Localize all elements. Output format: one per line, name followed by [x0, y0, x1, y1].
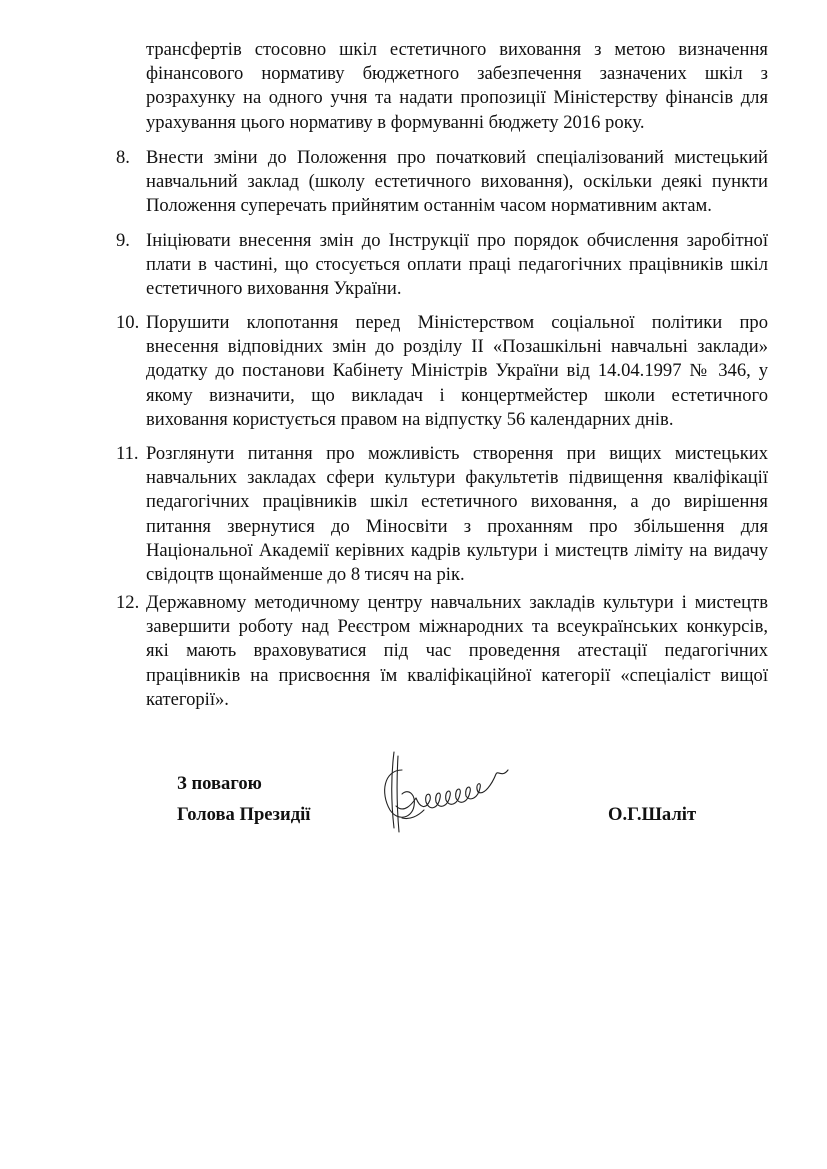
signer-position: Голова Президії: [177, 803, 310, 827]
item-number: 10.: [116, 311, 139, 335]
signer-name: О.Г.Шаліт: [608, 803, 696, 827]
item-text: Порушити клопотання перед Міністерством …: [146, 311, 768, 432]
item-text: Внести зміни до Положення про початковий…: [146, 146, 768, 219]
list-item-10: 10. Порушити клопотання перед Міністерст…: [116, 311, 768, 432]
list-item-9: 9. Ініціювати внесення змін до Інструкці…: [116, 229, 768, 302]
list-item-11: 11. Розглянути питання про можливість ст…: [116, 442, 768, 587]
item-number: 8.: [116, 146, 130, 170]
item-number: 12.: [116, 591, 139, 615]
item-text: Розглянути питання про можливість створе…: [146, 442, 768, 587]
item-number: 11.: [116, 442, 139, 466]
item-text: Ініціювати внесення змін до Інструкції п…: [146, 229, 768, 302]
item-number: 9.: [116, 229, 130, 253]
continuation-paragraph: трансфертів стосовно шкіл естетичного ви…: [146, 38, 768, 135]
handwritten-signature-icon: [372, 748, 517, 838]
item-text: Державному методичному центру навчальних…: [146, 591, 768, 712]
document-page: трансфертів стосовно шкіл естетичного ви…: [0, 0, 827, 1169]
list-item-12: 12. Державному методичному центру навчал…: [116, 591, 768, 712]
closing-salutation: З повагою: [177, 772, 262, 796]
list-item-8: 8. Внести зміни до Положення про початко…: [116, 146, 768, 219]
